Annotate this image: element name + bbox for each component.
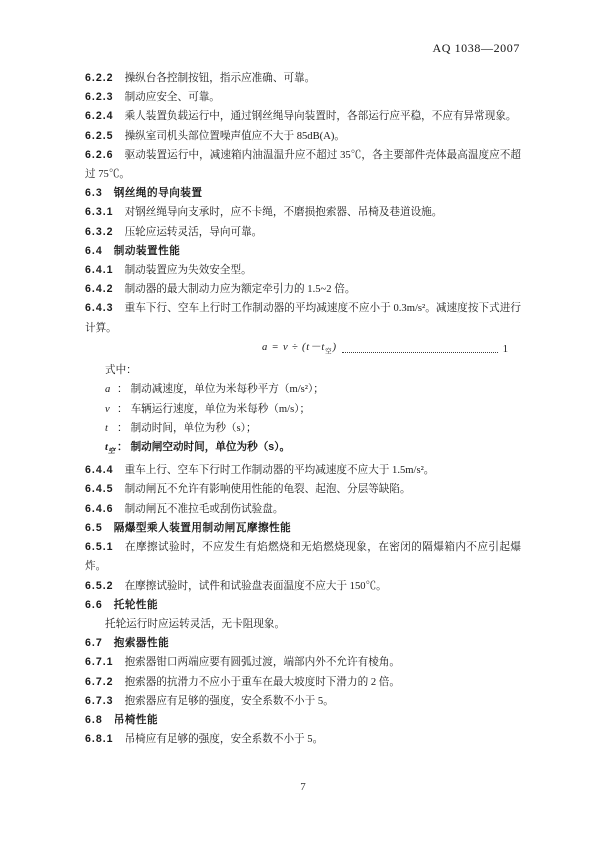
clause-number: 6.4.4 (85, 464, 114, 476)
clause-text: 制动器的最大制动力应为额定牵引力的 1.5~2 倍。 (125, 284, 356, 295)
definition-v: v：车辆运行速度，单位为米每秒（m/s）； (85, 400, 521, 419)
clause-number: 6.4.6 (85, 503, 114, 515)
section-number: 6.5 (85, 522, 103, 534)
symbol-t-idle: t空 (105, 438, 117, 461)
clause-number: 6.7.3 (85, 695, 114, 707)
clause-6-7-2: 6.7.2抱索器的抗滑力不应小于重车在最大坡度时下滑力的 2 倍。 (85, 673, 521, 692)
symbol-t: t (105, 419, 117, 438)
clause-number: 6.2.6 (85, 149, 114, 161)
clause-number: 6.4.2 (85, 283, 114, 295)
page-number: 7 (85, 781, 521, 793)
clause-text: 制动闸瓦不准拉毛或刮伤试验盘。 (125, 504, 284, 515)
clause-text: 抱索器钳口两端应要有圆弧过渡，端部内外不允许有棱角。 (125, 657, 400, 668)
clause-number: 6.5.2 (85, 580, 114, 592)
clause-6-2-3: 6.2.3制动应安全、可靠。 (85, 88, 521, 107)
clause-6-4-6: 6.4.6制动闸瓦不准拉毛或刮伤试验盘。 (85, 500, 521, 519)
paragraph-6-6: 托轮运行时应运转灵活，无卡阻现象。 (85, 615, 521, 634)
section-number: 6.6 (85, 599, 103, 611)
section-heading-6-4: 6.4制动装置性能 (85, 242, 521, 261)
definition-text: 制动时间，单位为秒（s）； (131, 423, 257, 434)
section-number: 6.8 (85, 714, 103, 726)
formula-where-label: 式中： (85, 361, 521, 380)
clause-6-2-4: 6.2.4乘人装置负载运行中，通过钢丝绳导向装置时，各部运行应平稳，不应有异常现… (85, 107, 521, 126)
clause-text: 制动装置应为失效安全型。 (125, 265, 252, 276)
symbol-v: v (105, 400, 117, 419)
clause-6-2-6: 6.2.6驱动装置运行中，减速箱内油温温升应不超过 35℃，各主要部件壳体最高温… (85, 146, 521, 184)
clause-6-8-1: 6.8.1吊椅应有足够的强度，安全系数不小于 5。 (85, 730, 521, 749)
clause-text: 乘人装置负载运行中，通过钢丝绳导向装置时，各部运行应平稳，不应有异常现象。 (125, 111, 517, 122)
colon: ： (117, 423, 128, 434)
definition-text: 车辆运行速度，单位为米每秒（m/s）； (131, 404, 311, 415)
clause-6-7-1: 6.7.1抱索器钳口两端应要有圆弧过渡，端部内外不允许有棱角。 (85, 653, 521, 672)
clause-number: 6.3.2 (85, 226, 114, 238)
clause-text: 操纵室司机头部位置噪声值应不大于 85dB(A)。 (125, 131, 345, 142)
section-number: 6.3 (85, 187, 103, 199)
clause-text: 对钢丝绳导向支承时，应不卡绳，不磨损抱索器、吊椅及巷道设施。 (125, 207, 443, 218)
symbol-t-sub: 空 (108, 447, 115, 455)
doc-code: AQ 1038—2007 (432, 41, 520, 56)
colon: ： (117, 404, 128, 415)
definition-text: 制动减速度，单位为米每秒平方（m/s²）； (131, 384, 324, 395)
clause-6-4-5: 6.4.5制动闸瓦不允许有影响使用性能的龟裂、起泡、分层等缺陷。 (85, 480, 521, 499)
symbol-a: a (105, 380, 117, 399)
section-heading-6-3: 6.3钢丝绳的导向装置 (85, 184, 521, 203)
formula-row: a = v ÷ (t－t空) 1 (85, 338, 521, 361)
clause-6-2-5: 6.2.5操纵室司机头部位置噪声值应不大于 85dB(A)。 (85, 127, 521, 146)
clause-6-4-3: 6.4.3重车下行、空车上行时工作制动器的平均减速度不应小于 0.3m/s²。减… (85, 299, 521, 337)
clause-6-3-2: 6.3.2压轮应运转灵活，导向可靠。 (85, 223, 521, 242)
formula-body: a = v ÷ (t－t (262, 342, 325, 353)
clause-text: 重车上行、空车下行时工作制动器的平均减速度不应大于 1.5m/s²。 (125, 465, 435, 476)
document-page: AQ 1038—2007 6.2.2操纵台各控制按钮，指示应准确、可靠。 6.2… (0, 0, 600, 848)
clause-text: 在摩擦试验时，试件和试验盘表面温度不应大于 150℃。 (125, 581, 387, 592)
definition-t-idle: t空：制动闸空动时间，单位为秒（s）。 (85, 438, 521, 461)
clause-text: 压轮应运转灵活，导向可靠。 (125, 227, 263, 238)
clause-text: 重车下行、空车上行时工作制动器的平均减速度不应小于 0.3m/s²。减速度按下式… (85, 303, 521, 333)
clause-number: 6.5.1 (85, 541, 114, 553)
clause-6-5-1: 6.5.1在摩擦试验时，不应发生有焰燃烧和无焰燃烧现象，在密闭的隔爆箱内不应引起… (85, 538, 521, 576)
section-number: 6.7 (85, 637, 103, 649)
section-title: 托轮性能 (114, 599, 158, 611)
clause-number: 6.7.2 (85, 676, 114, 688)
definition-text: 制动闸空动时间，单位为秒（s）。 (131, 441, 291, 453)
clause-text: 驱动装置运行中，减速箱内油温温升应不超过 35℃，各主要部件壳体最高温度应不超过… (85, 150, 521, 180)
section-title: 钢丝绳的导向装置 (114, 187, 203, 199)
clause-text: 在摩擦试验时，不应发生有焰燃烧和无焰燃烧现象，在密闭的隔爆箱内不应引起爆炸。 (85, 542, 521, 572)
section-number: 6.4 (85, 245, 103, 257)
section-title: 隔爆型乘人装置用制动闸瓦摩擦性能 (114, 522, 292, 534)
definition-a: a：制动减速度，单位为米每秒平方（m/s²）； (85, 380, 521, 399)
paragraph-text: 托轮运行时应运转灵活，无卡阻现象。 (105, 619, 285, 630)
clause-6-7-3: 6.7.3抱索器应有足够的强度，安全系数不小于 5。 (85, 692, 521, 711)
section-heading-6-8: 6.8吊椅性能 (85, 711, 521, 730)
clause-6-4-1: 6.4.1制动装置应为失效安全型。 (85, 261, 521, 280)
formula-close-paren: ) (332, 342, 336, 353)
clause-6-5-2: 6.5.2在摩擦试验时，试件和试验盘表面温度不应大于 150℃。 (85, 577, 521, 596)
clause-text: 吊椅应有足够的强度，安全系数不小于 5。 (125, 734, 324, 745)
section-heading-6-6: 6.6托轮性能 (85, 596, 521, 615)
clause-number: 6.2.3 (85, 91, 114, 103)
clause-6-2-2: 6.2.2操纵台各控制按钮，指示应准确、可靠。 (85, 69, 521, 88)
clause-number: 6.4.1 (85, 264, 114, 276)
clause-text: 操纵台各控制按钮，指示应准确、可靠。 (125, 73, 316, 84)
section-heading-6-7: 6.7抱索器性能 (85, 634, 521, 653)
clause-text: 制动闸瓦不允许有影响使用性能的龟裂、起泡、分层等缺陷。 (125, 484, 411, 495)
clause-number: 6.3.1 (85, 206, 114, 218)
clause-number: 6.8.1 (85, 733, 114, 745)
clause-6-4-4: 6.4.4重车上行、空车下行时工作制动器的平均减速度不应大于 1.5m/s²。 (85, 461, 521, 480)
clause-number: 6.4.5 (85, 483, 114, 495)
formula-expression: a = v ÷ (t－t空) (262, 338, 337, 361)
definition-t: t：制动时间，单位为秒（s）； (85, 419, 521, 438)
clause-text: 抱索器的抗滑力不应小于重车在最大坡度时下滑力的 2 倍。 (125, 677, 400, 688)
clause-6-3-1: 6.3.1对钢丝绳导向支承时，应不卡绳，不磨损抱索器、吊椅及巷道设施。 (85, 203, 521, 222)
clause-text: 制动应安全、可靠。 (125, 92, 220, 103)
section-title: 抱索器性能 (114, 637, 169, 649)
clause-number: 6.2.5 (85, 130, 114, 142)
clause-number: 6.2.4 (85, 110, 114, 122)
colon: ： (117, 441, 128, 453)
clause-number: 6.7.1 (85, 656, 114, 668)
dotted-leader (342, 346, 498, 353)
clause-text: 抱索器应有足够的强度，安全系数不小于 5。 (125, 696, 334, 707)
page-body: 6.2.2操纵台各控制按钮，指示应准确、可靠。 6.2.3制动应安全、可靠。 6… (85, 69, 521, 749)
where-label-text: 式中： (105, 365, 137, 376)
clause-6-4-2: 6.4.2制动器的最大制动力应为额定牵引力的 1.5~2 倍。 (85, 280, 521, 299)
clause-number: 6.4.3 (85, 302, 114, 314)
clause-number: 6.2.2 (85, 72, 114, 84)
section-heading-6-5: 6.5隔爆型乘人装置用制动闸瓦摩擦性能 (85, 519, 521, 538)
section-title: 吊椅性能 (114, 714, 158, 726)
colon: ： (117, 384, 128, 395)
formula-equation-number: 1 (503, 340, 508, 359)
section-title: 制动装置性能 (114, 245, 181, 257)
